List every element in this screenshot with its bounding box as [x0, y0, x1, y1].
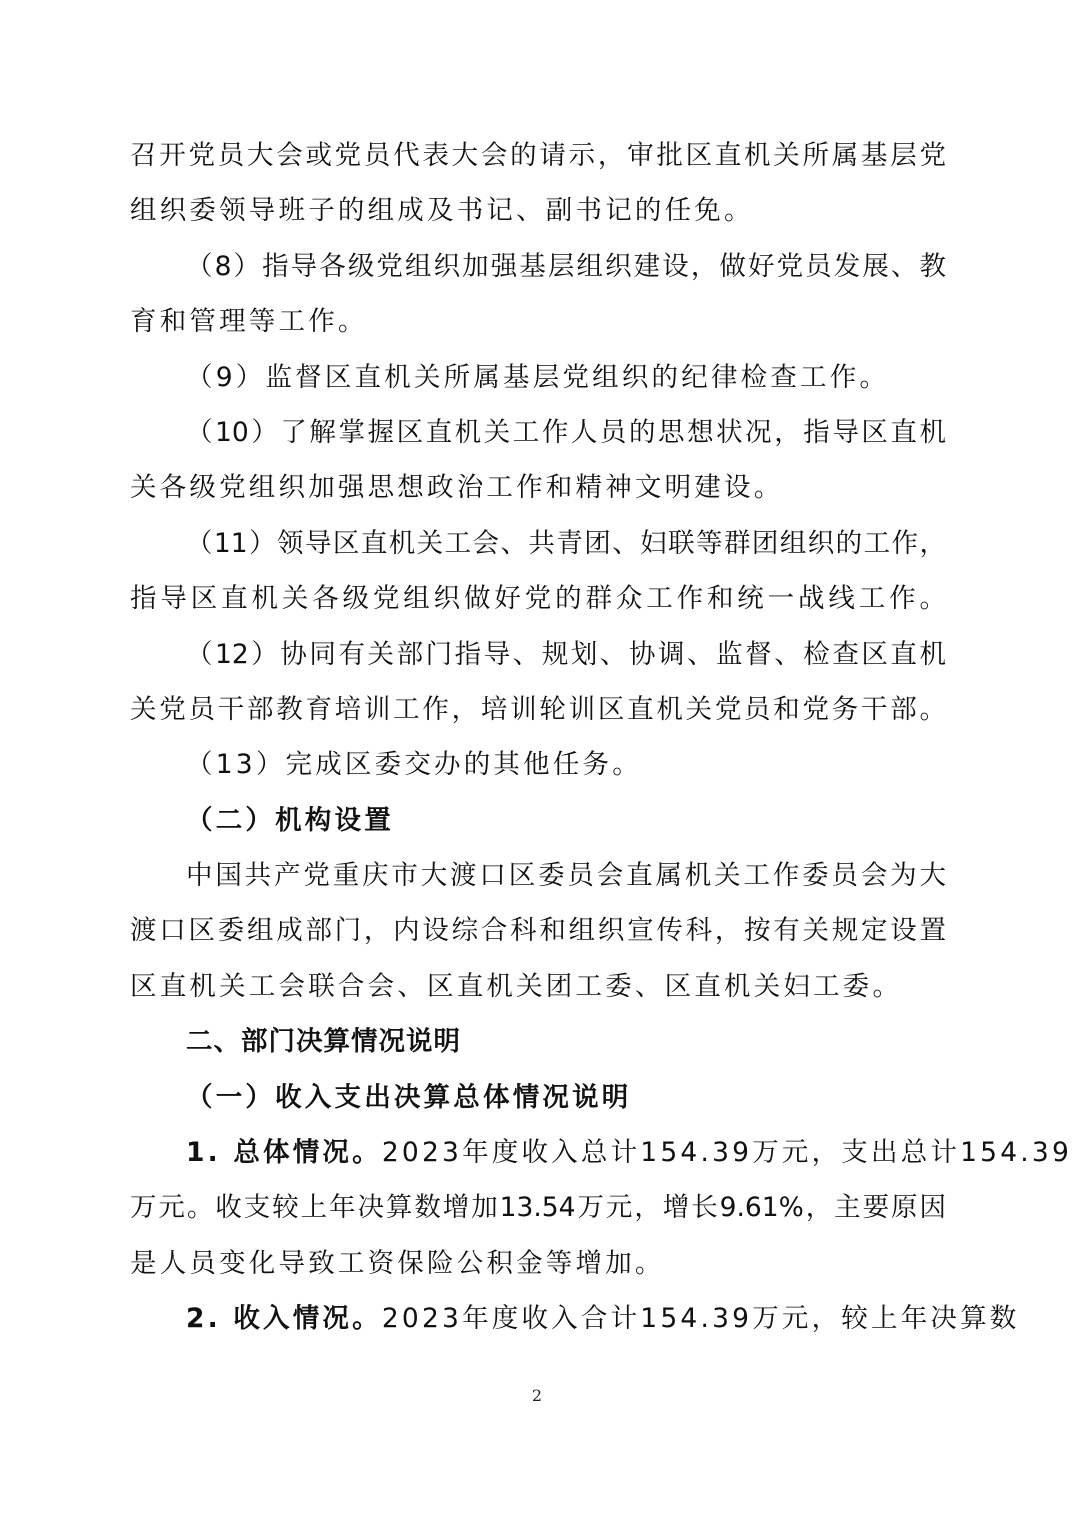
paragraph-line: 关党员干部教育培训工作，培训轮训区直机关党员和党务干部。: [130, 682, 946, 737]
paragraph-line: 关各级党组织加强思想政治工作和精神文明建设。: [130, 460, 946, 515]
paragraph-line: 组织委领导班子的组成及书记、副书记的任免。: [130, 183, 946, 238]
document-page: 召开党员大会或党员代表大会的请示，审批区直机关所属基层党 组织委领导班子的组成及…: [130, 128, 946, 1347]
list-item-10: （10）了解掌握区直机关工作人员的思想状况，指导区直机: [130, 405, 946, 460]
list-item-9: （9）监督区直机关所属基层党组织的纪律检查工作。: [130, 350, 946, 405]
paragraph-line: 指导区直机关各级党组织做好党的群众工作和统一战线工作。: [130, 571, 946, 626]
list-item-13: （13）完成区委交办的其他任务。: [130, 737, 946, 792]
page-number: 2: [0, 1386, 1074, 1405]
list-item-11: （11）领导区直机关工会、共青团、妇联等群团组织的工作，: [130, 516, 946, 571]
paragraph-line: 万元。收支较上年决算数增加13.54万元，增长9.61%，主要原因: [130, 1180, 946, 1235]
paragraph-line: 育和管理等工作。: [130, 294, 946, 349]
section-heading-organization: （二）机构设置: [130, 793, 946, 848]
inline-heading: 1. 总体情况。: [186, 1137, 382, 1168]
inline-heading: 2. 收入情况。: [186, 1303, 382, 1334]
paragraph-line: 渡口区委组成部门，内设综合科和组织宣传科，按有关规定设置: [130, 903, 946, 958]
chapter-heading-final-accounts: 二、部门决算情况说明: [130, 1014, 946, 1069]
paragraph-line: 是人员变化导致工资保险公积金等增加。: [130, 1236, 946, 1291]
list-item-8: （8）指导各级党组织加强基层组织建设，做好党员发展、教: [130, 239, 946, 294]
paragraph-line: 2. 收入情况。2023年度收入合计154.39万元，较上年决算数: [130, 1291, 946, 1346]
section-heading-overview: （一）收入支出决算总体情况说明: [130, 1070, 946, 1125]
list-item-12: （12）协同有关部门指导、规划、协调、监督、检查区直机: [130, 627, 946, 682]
paragraph-line: 中国共产党重庆市大渡口区委员会直属机关工作委员会为大: [130, 848, 946, 903]
paragraph-text: 2023年度收入总计154.39万元，支出总计154.39: [382, 1137, 1072, 1168]
paragraph-line: 区直机关工会联合会、区直机关团工委、区直机关妇工委。: [130, 959, 946, 1014]
paragraph-line: 召开党员大会或党员代表大会的请示，审批区直机关所属基层党: [130, 128, 946, 183]
paragraph-text: 2023年度收入合计154.39万元，较上年决算数: [382, 1303, 1020, 1334]
paragraph-line: 1. 总体情况。2023年度收入总计154.39万元，支出总计154.39: [130, 1125, 946, 1180]
